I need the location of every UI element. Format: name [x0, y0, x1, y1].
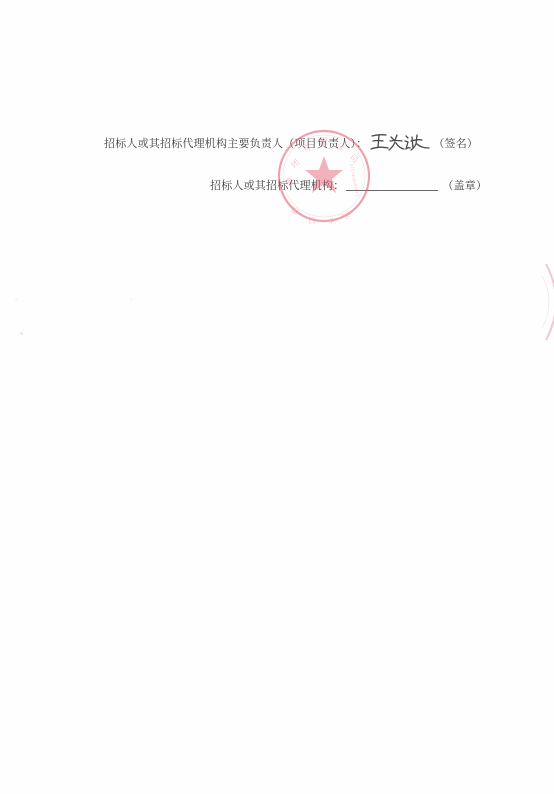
svg-text:团: 团 [290, 157, 302, 169]
seal-suffix: （盖章） [442, 179, 487, 192]
svg-text:王: 王 [326, 216, 337, 224]
scan-artifact [15, 298, 18, 301]
svg-text:项: 项 [289, 204, 301, 216]
seal-blank-underline [346, 178, 438, 191]
signature-suffix: （签名） [433, 137, 478, 150]
document-page: 招标人或其招标代理机构主要负责人（项目负责人）： （签名） 招标人或其招标代理机… [0, 0, 554, 794]
scan-artifact [130, 298, 133, 301]
scan-artifact [20, 332, 23, 335]
handwritten-signature [369, 131, 431, 153]
partial-riding-seal [520, 262, 554, 342]
svg-text:兴: 兴 [340, 208, 353, 221]
signature-line: 招标人或其招标代理机构主要负责人（项目负责人）： （签名） [104, 131, 478, 153]
seal-label: 招标人或其招标代理机构： [210, 179, 344, 192]
signature-label: 招标人或其招标代理机构主要负责人（项目负责人）： [104, 137, 367, 150]
svg-text:司: 司 [348, 153, 360, 165]
seal-line: 招标人或其招标代理机构：（盖章） [210, 177, 487, 193]
svg-text:目: 目 [308, 216, 316, 224]
